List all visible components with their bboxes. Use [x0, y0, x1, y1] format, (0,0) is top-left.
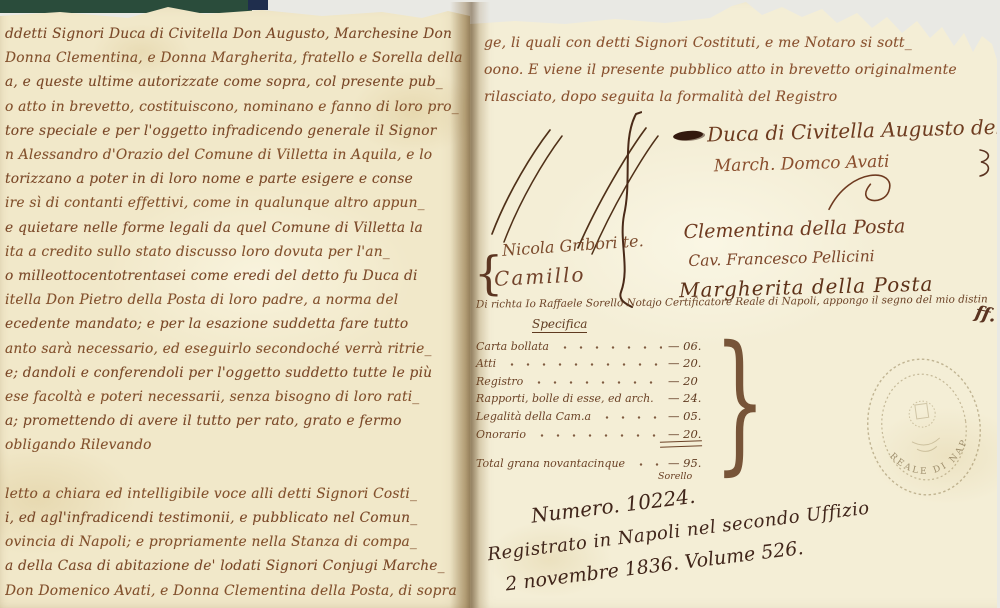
signature-block: Duca di Civitella Augusto della Posta Ma… — [673, 113, 1000, 303]
ink-flourish-icon — [976, 146, 994, 180]
fee-table: Carta bollata — 06. Atti — 20. Registro … — [476, 335, 714, 482]
fee-label: Registro — [476, 375, 523, 388]
signature-marchese-avati: March. Domco Avati — [714, 147, 1000, 177]
manuscript-line: ese facoltà e poteri necessarii, senza b… — [5, 385, 466, 409]
fee-row: Rapporti, bolle di esse, ed arch. — 24. — [476, 388, 714, 406]
signature-row: Duca di Civitella Augusto della Posta — [673, 113, 1000, 148]
fee-row: Onorario — 20. — [476, 423, 714, 441]
manuscript-line: ddetti Signori Duca di Civitella Don Aug… — [5, 22, 466, 46]
witness-signature: Camillo — [493, 259, 644, 291]
manuscript-line: letto a chiara ed intelligibile voce all… — [5, 482, 466, 506]
manuscript-line: ecedente mandato; e per la esazione sudd… — [5, 312, 466, 336]
manuscript-line: e; dandoli e conferendoli per l'oggetto … — [5, 361, 466, 385]
manuscript-line: i, ed agl'infradicendi testimonii, e pub… — [5, 506, 466, 530]
blank-line — [5, 458, 466, 482]
manuscript-line: tore speciale e per l'oggetto infradicen… — [5, 119, 466, 143]
dot-leader-icon — [599, 415, 662, 420]
fee-label: Legalità della Cam.a — [476, 410, 591, 423]
scanner-bed-strip — [0, 0, 252, 13]
manuscript-line: e quietare nelle forme legali da quel Co… — [5, 216, 466, 240]
fee-label: Onorario — [476, 428, 526, 441]
dot-leader-icon — [531, 380, 662, 385]
fee-row: Atti — 20. — [476, 353, 714, 371]
fee-total-row: Total grana novantacinque — 95. — [476, 453, 714, 471]
notary-name-under-total: Sorello — [658, 471, 714, 482]
fee-row: Legalità della Cam.a — 05. — [476, 405, 714, 423]
signature-duca-di-civitella: Duca di Civitella Augusto della Posta — [707, 113, 1000, 147]
manuscript-line: o atto in brevetto, costituiscono, nomin… — [5, 95, 466, 119]
fee-amount: — 24. — [668, 391, 714, 405]
signature-clementina-della-posta: Clementina della Posta — [683, 211, 1000, 243]
manuscript-line: Don Domenico Avati, e Donna Clementina d… — [5, 579, 466, 603]
fee-amount: — 20. — [668, 427, 714, 441]
dot-leader-icon — [504, 362, 662, 367]
manuscript-line: n Alessandro d'Orazio del Comune di Vill… — [5, 143, 466, 167]
dot-leader-icon — [633, 462, 662, 467]
fee-label: Atti — [476, 357, 496, 370]
closing-brace-icon: } — [714, 326, 766, 477]
manuscript-line: a, e queste ultime autorizzate come sopr… — [5, 70, 466, 94]
right-page-paragraph: ge, li quali con detti Signori Costituti… — [484, 30, 979, 111]
left-page: ddetti Signori Duca di Civitella Don Aug… — [0, 4, 470, 608]
dot-leader-icon — [534, 433, 662, 438]
notary-seal-stamp: REALE DI NAPOLI — [858, 348, 990, 506]
manuscript-line: a; promettendo di avere il tutto per rat… — [5, 409, 466, 433]
fee-row: Registro — 20 — [476, 370, 714, 388]
fee-amount: — 20 — [668, 374, 714, 388]
left-page-text: ddetti Signori Duca di Civitella Don Aug… — [0, 4, 470, 603]
fee-total-label: Total grana novantacinque — [476, 457, 625, 470]
fee-label: Rapporti, bolle di esse, ed arch. — [476, 392, 654, 405]
scanner-bed-strip-dark — [248, 0, 268, 10]
manuscript-line: torizzano a poter in di loro nome e part… — [5, 167, 466, 191]
scanned-document: ddetti Signori Duca di Civitella Don Aug… — [0, 0, 1000, 608]
manuscript-line: itella Don Pietro della Posta di loro pa… — [5, 288, 466, 312]
manuscript-line: a della Casa di abitazione de' lodati Si… — [5, 554, 466, 578]
manuscript-line: o milleottocentotrentasei come eredi del… — [5, 264, 466, 288]
manuscript-line: Donna Clementina, e Donna Margherita, fr… — [5, 46, 466, 70]
manuscript-line: oono. E viene il presente pubblico atto … — [484, 57, 979, 84]
manuscript-line: ovincia di Napoli; e propriamente nella … — [5, 530, 466, 554]
dot-leader-icon — [557, 345, 662, 350]
manuscript-line: rilasciato, dopo seguita la formalità de… — [484, 84, 979, 111]
pen-flourish-icon — [824, 173, 921, 213]
manuscript-line: obligando Rilevando — [5, 433, 466, 457]
witness-signatures: { Nicola Gribori te. Camillo — [476, 236, 644, 287]
manuscript-line: anto sarà necessario, ed eseguirlo secon… — [5, 337, 466, 361]
fee-amount: — 20. — [668, 356, 714, 370]
fee-total-amount: — 95. — [668, 456, 714, 470]
notary-paraph-mark: ff. — [973, 302, 998, 327]
manuscript-line: ire sì di contanti effettivi, come in qu… — [5, 191, 466, 215]
witness-signature: Nicola Gribori te. — [502, 231, 645, 260]
ink-blot-icon — [673, 129, 704, 141]
fee-label: Carta bollata — [476, 340, 549, 353]
registration-block: Numero. 10224. Registrato in Napoli nel … — [482, 463, 875, 597]
notary-certification-line: Di richta Io Raffaele Sorello Notajo Cer… — [476, 293, 988, 310]
manuscript-line: ge, li quali con detti Signori Costituti… — [484, 30, 979, 57]
manuscript-line: ita a credito sullo stato discusso loro … — [5, 240, 466, 264]
fee-amount: — 06. — [668, 339, 714, 353]
right-page: ge, li quali con detti Signori Costituti… — [470, 0, 1000, 608]
fee-row: Carta bollata — 06. — [476, 335, 714, 353]
sum-rule-icon — [660, 440, 702, 447]
specifica-title: Specifica — [532, 317, 587, 333]
fee-amount: — 05. — [668, 409, 714, 423]
signature-cav-francesco-pellicini: Cav. Francesco Pellicini — [688, 242, 1000, 270]
